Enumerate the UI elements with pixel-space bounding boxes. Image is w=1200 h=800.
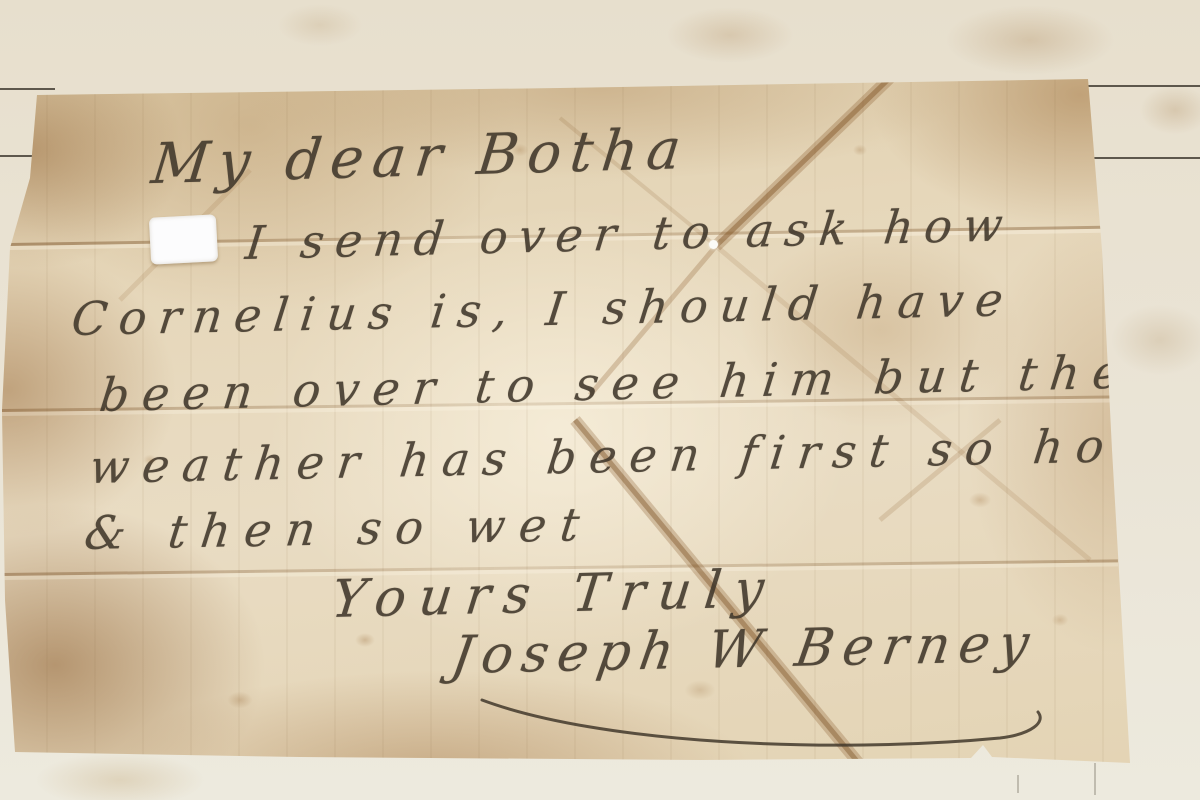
album-ruled-line-mid-left [0, 155, 32, 157]
letter-paper: My dear Botha I send over to ask how Cor… [0, 0, 1200, 800]
album-ruled-line-top-left [0, 88, 55, 90]
photo-of-handwritten-letter: My dear Botha I send over to ask how Cor… [0, 0, 1200, 800]
signature-flourish [0, 0, 1200, 800]
album-ruled-line-top-right [1086, 85, 1200, 87]
album-ruled-line-mid-right [1092, 157, 1200, 159]
album-column-mark-right [1094, 763, 1096, 795]
album-column-mark-left [1017, 775, 1019, 793]
